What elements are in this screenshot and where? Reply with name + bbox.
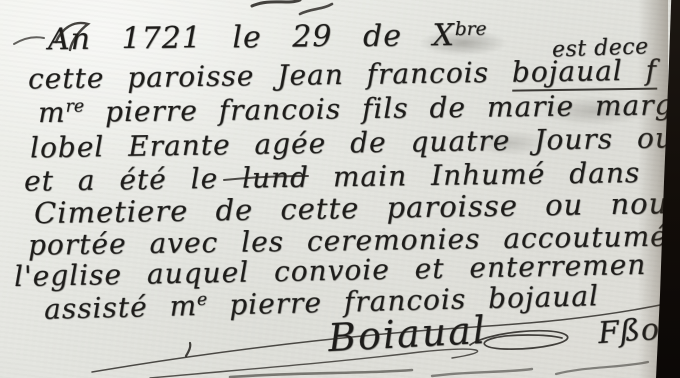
ink-flourish	[300, 4, 332, 14]
line-2-underlined-name: bojaual f	[512, 54, 658, 92]
line-1-text: An 1721 le 29 de X	[48, 18, 455, 57]
manuscript-photo: An 1721 le 29 de Xbre est dece cette par…	[0, 0, 680, 378]
line-1-superscript: bre	[455, 19, 487, 40]
ink-flourish	[230, 370, 412, 377]
ink-flourish	[186, 343, 190, 356]
line-9-text: assisté m	[44, 289, 198, 326]
signature-fragment: Fßo	[597, 312, 661, 351]
line-3-text: m	[38, 96, 66, 129]
ink-flourish	[556, 362, 648, 374]
line-3-superscript: re	[65, 97, 84, 117]
line-2-text: cette paroisse Jean francois	[28, 56, 512, 96]
signature-boiaual: Boiaual	[327, 308, 488, 360]
manuscript-line-1: An 1721 le 29 de Xbre	[48, 18, 487, 58]
ink-flourish	[252, 0, 300, 6]
ink-flourish	[14, 37, 44, 44]
ink-flourish	[432, 369, 532, 376]
